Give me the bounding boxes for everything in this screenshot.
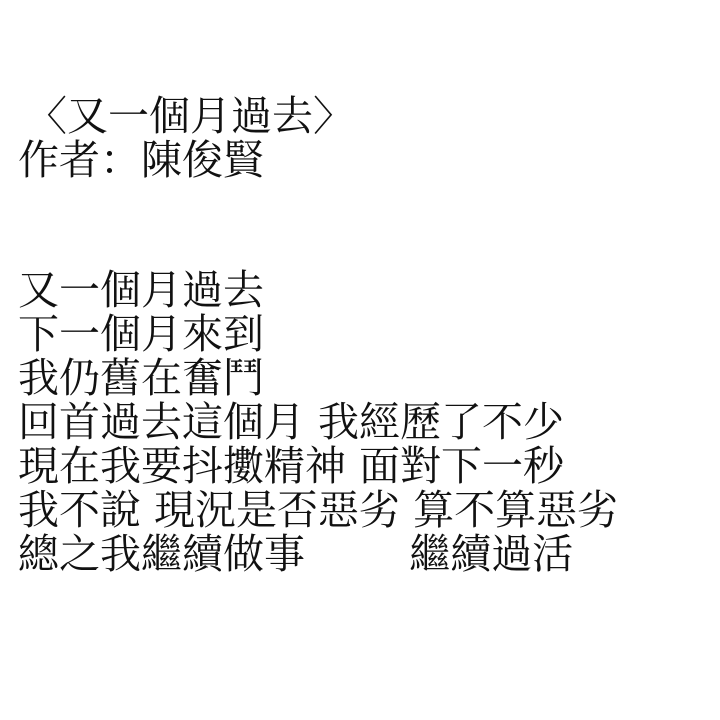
poem-author: 作者：陳俊賢 — [18, 138, 718, 182]
poem-line: 現在我要抖擻精神 面對下一秒 — [18, 444, 718, 488]
poem-line: 我仍舊在奮鬥 — [18, 356, 718, 400]
poem-title: 〈又一個月過去〉 — [26, 94, 718, 138]
poem-line: 下一個月來到 — [18, 312, 718, 356]
poem-line: 總之我繼續做事 繼續過活 — [18, 532, 718, 576]
poem-line: 我不說 現況是否惡劣 算不算惡劣 — [18, 488, 718, 532]
poem-line: 回首過去這個月 我經歷了不少 — [18, 400, 718, 444]
blank-separator — [18, 182, 718, 268]
poem-body: 又一個月過去 下一個月來到 我仍舊在奮鬥 回首過去這個月 我經歷了不少 現在我要… — [18, 268, 718, 576]
poem-line: 又一個月過去 — [18, 268, 718, 312]
document-body: 〈又一個月過去〉 作者：陳俊賢 又一個月過去 下一個月來到 我仍舊在奮鬥 回首過… — [18, 94, 718, 576]
